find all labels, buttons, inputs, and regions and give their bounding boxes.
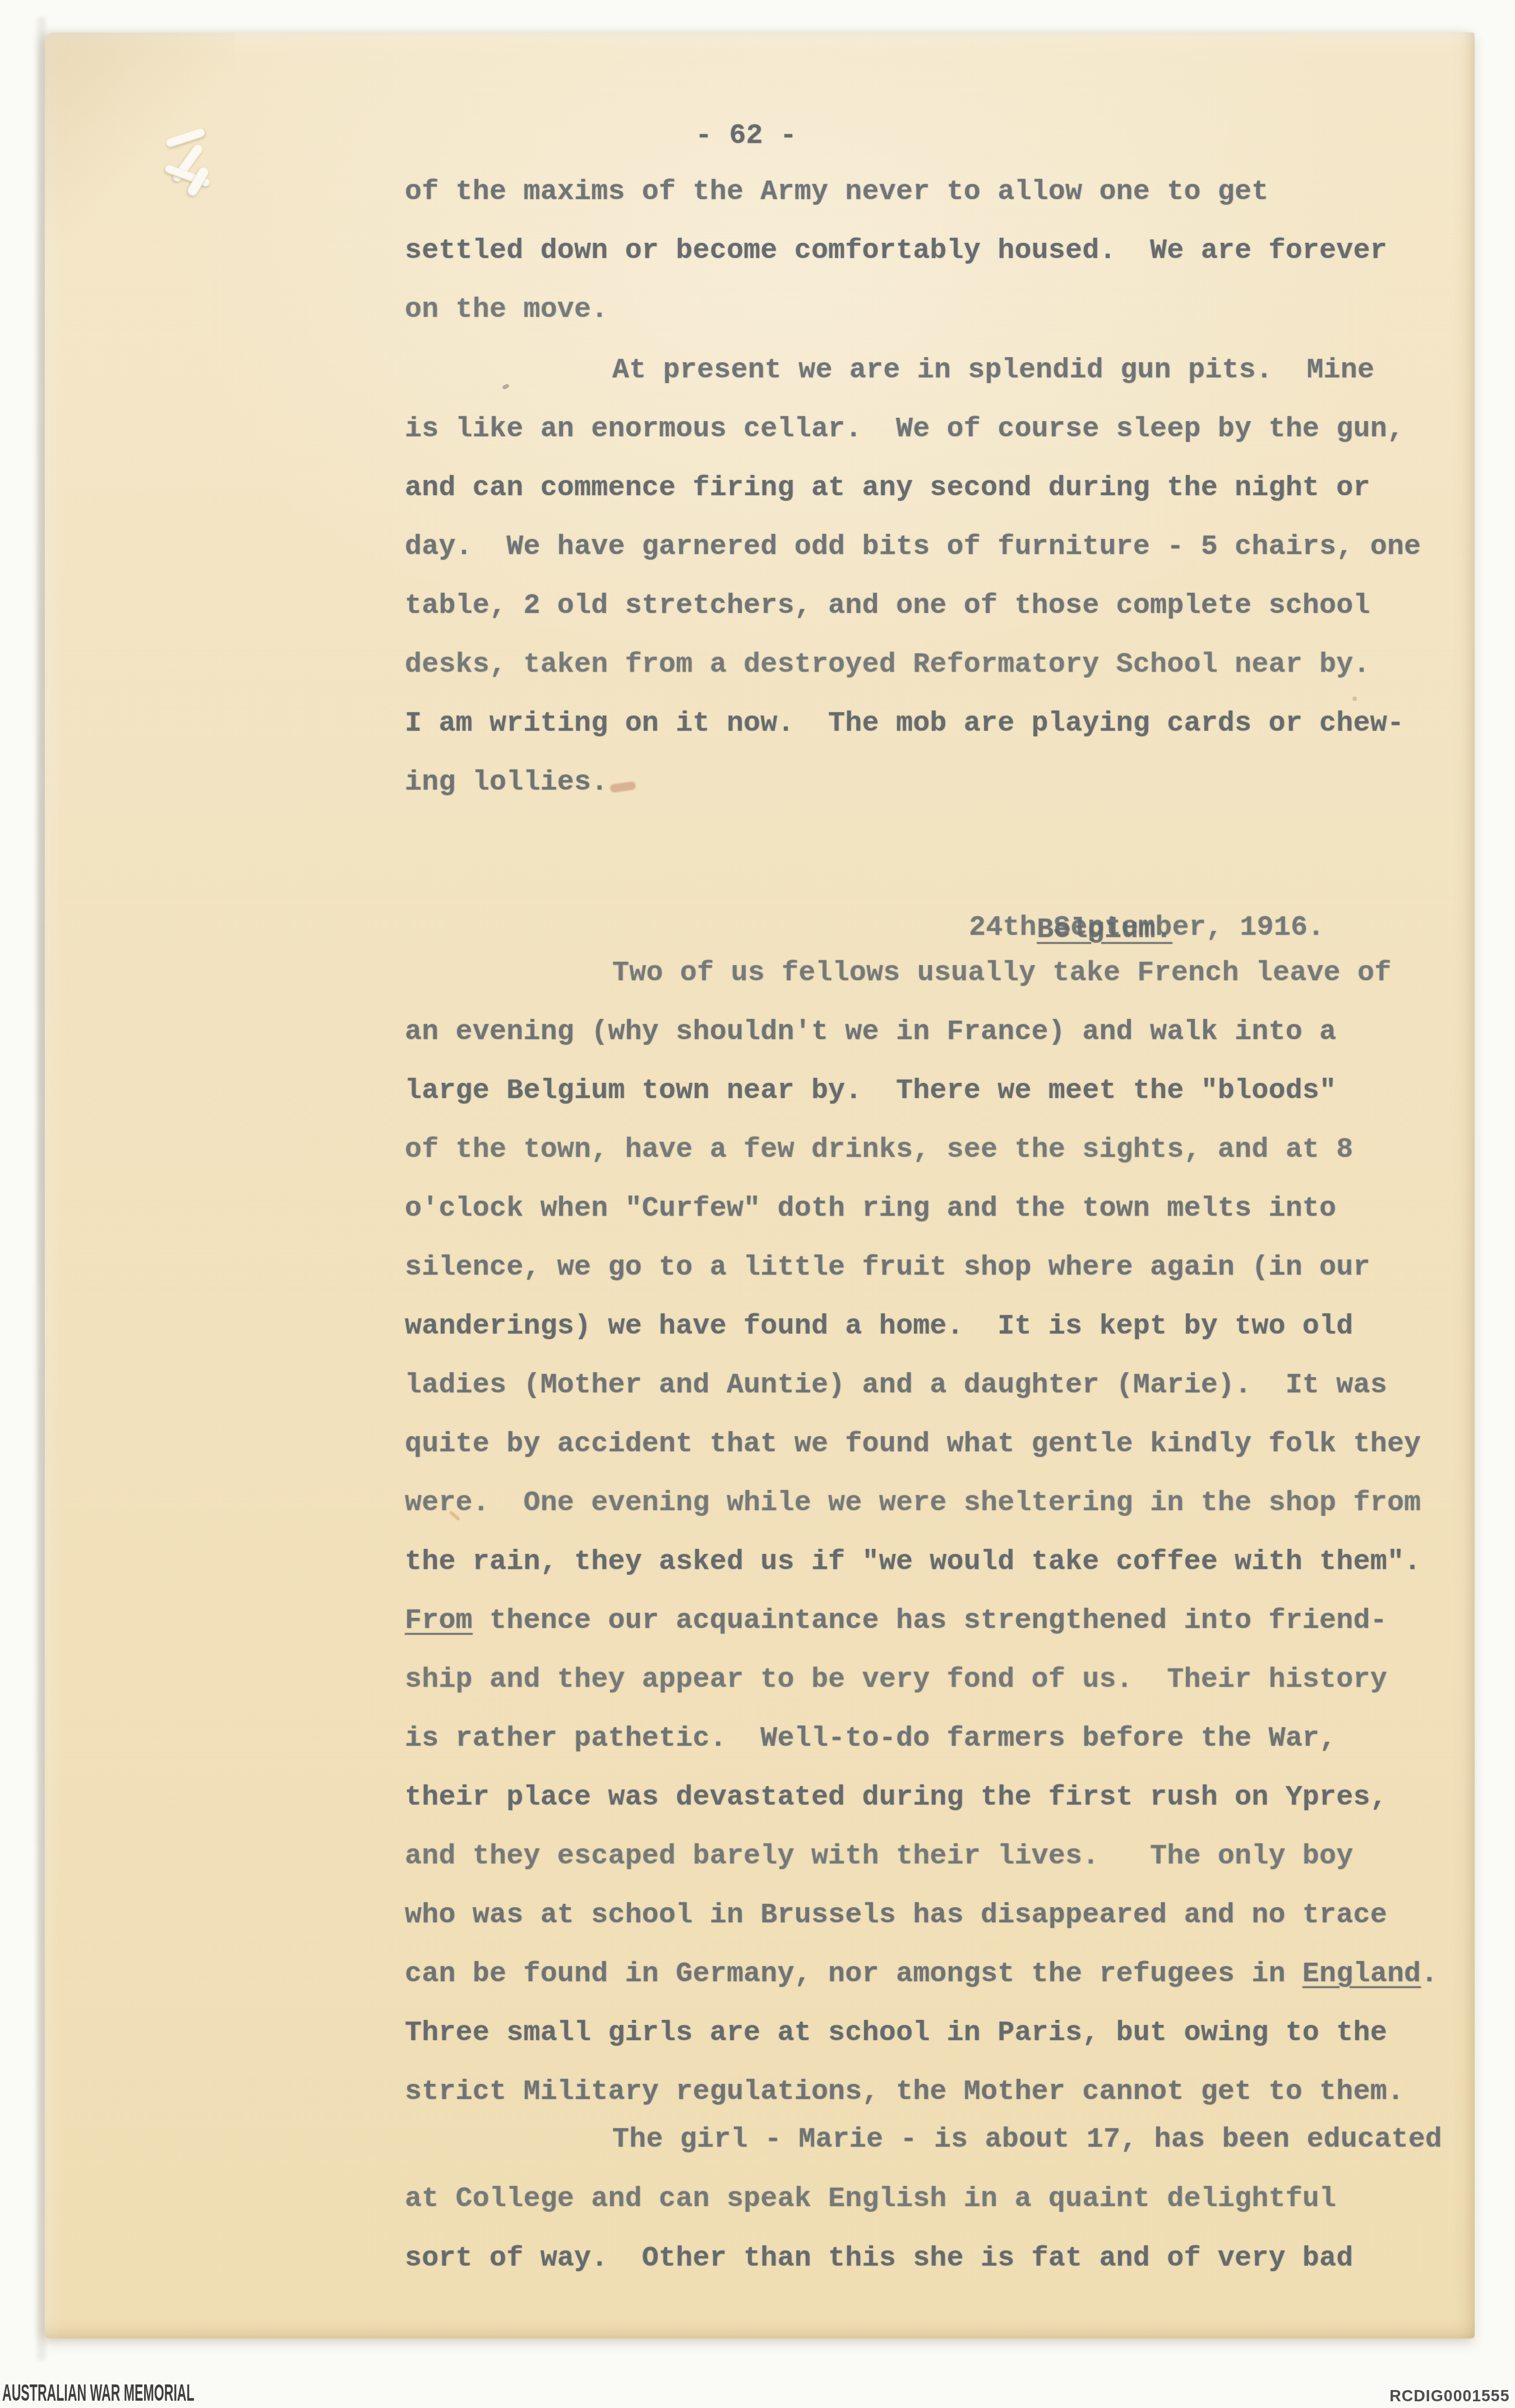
typed-line: is like an enormous cellar. We of course… — [405, 412, 1404, 447]
typed-line: ladies (Mother and Auntie) and a daughte… — [405, 1368, 1387, 1403]
typed-line: who was at school in Brussels has disapp… — [405, 1898, 1387, 1933]
typed-line: their place was devastated during the fi… — [405, 1780, 1387, 1815]
typed-line: Two of us fellows usually take French le… — [612, 956, 1391, 991]
typed-line: and can commence firing at any second du… — [405, 471, 1370, 506]
typed-line: table, 2 old stretchers, and one of thos… — [405, 589, 1370, 624]
underlined-word: From — [405, 1605, 473, 1637]
typed-line: quite by accident that we found what gen… — [405, 1427, 1421, 1462]
typed-line: wanderings) we have found a home. It is … — [405, 1309, 1353, 1344]
typed-line: of the maxims of the Army never to allow… — [405, 175, 1268, 210]
typed-line: ship and they appear to be very fond of … — [405, 1663, 1387, 1697]
typed-line: the rain, they asked us if "we would tak… — [405, 1545, 1421, 1580]
typed-line: The girl - Marie - is about 17, has been… — [612, 2123, 1442, 2157]
dateline-date: 24th September, 1916. — [969, 911, 1324, 945]
typed-line: From thence our acquaintance has strengt… — [405, 1604, 1387, 1639]
typed-line: on the move. — [405, 293, 608, 327]
typed-line: can be found in Germany, nor amongst the… — [405, 1957, 1438, 1992]
page-number: - 62 - — [695, 119, 797, 154]
archive-label: AUSTRALIAN WAR MEMORIAL — [2, 2381, 195, 2405]
typed-line: large Belgium town near by. There we mee… — [405, 1074, 1336, 1109]
underlined-word: England — [1302, 1958, 1421, 1990]
typed-line: and they escaped barely with their lives… — [405, 1839, 1353, 1874]
typed-line: at College and can speak English in a qu… — [405, 2182, 1336, 2217]
reference-id: RCDIG0001555 — [1389, 2388, 1509, 2405]
typed-line: ing lollies. — [405, 765, 608, 800]
typed-line: o'clock when "Curfew" doth ring and the … — [405, 1192, 1336, 1226]
typed-line: sort of way. Other than this she is fat … — [405, 2241, 1353, 2276]
typed-line: is rather pathetic. Well-to-do farmers b… — [405, 1722, 1336, 1756]
typed-line: settled down or become comfortably house… — [405, 234, 1387, 269]
typed-line: silence, we go to a little fruit shop wh… — [405, 1251, 1370, 1285]
typed-line: Three small girls are at school in Paris… — [405, 2016, 1387, 2051]
typed-text-layer: - 62 - Belgium. 24th September, 1916. of… — [0, 0, 1515, 2408]
typed-line: were. One evening while we were shelteri… — [405, 1486, 1421, 1521]
typed-line: day. We have garnered odd bits of furnit… — [405, 530, 1421, 565]
scanned-page: - 62 - Belgium. 24th September, 1916. of… — [0, 0, 1515, 2408]
typed-line: desks, taken from a destroyed Reformator… — [405, 648, 1370, 682]
typed-line: At present we are in splendid gun pits. … — [612, 353, 1374, 388]
typed-line: an evening (why shouldn't we in France) … — [405, 1015, 1336, 1050]
typed-line: of the town, have a few drinks, see the … — [405, 1133, 1353, 1168]
typed-line: strict Military regulations, the Mother … — [405, 2075, 1404, 2110]
typed-line: I am writing on it now. The mob are play… — [405, 707, 1404, 741]
